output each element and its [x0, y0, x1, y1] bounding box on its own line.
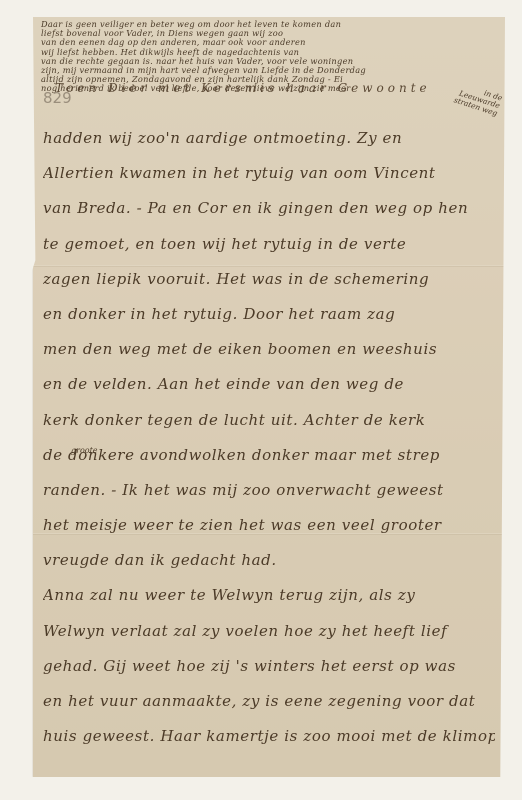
- body-line: Anna zal nu weer te Welwyn terug zijn, a…: [43, 578, 495, 613]
- letter-page: Daar is geen veiliger en beter weg om do…: [33, 17, 505, 777]
- body-line: Allertien kwamen in het rytuig van oom V…: [43, 156, 495, 191]
- archive-number: 829: [43, 89, 72, 107]
- body-line: huis geweest. Haar kamertje is zoo mooi …: [43, 719, 495, 754]
- body-line: Welwyn verlaat zal zy voelen hoe zy het …: [43, 614, 495, 649]
- body-line: hadden wij zoo'n aardige ontmoeting. Zy …: [43, 121, 495, 156]
- body-line: de donkere avondwolken donker maar met s…: [43, 438, 495, 473]
- top-margin-large-line: Toen Dier met Kersmis haar Gewoonte: [55, 81, 431, 95]
- body-line: het meisje weer te zien het was een veel…: [43, 508, 495, 543]
- body-line: te gemoet, en toen wij het rytuig in de …: [43, 227, 495, 262]
- body-line: vreugde dan ik gedacht had.: [43, 543, 495, 578]
- body-line: en het vuur aanmaakte, zy is eene zegeni…: [43, 684, 495, 719]
- body-line: randen. - Ik het was mij zoo onverwacht …: [43, 473, 495, 508]
- body-line: zagen liepik vooruit. Het was in de sche…: [43, 262, 495, 297]
- letter-body: hadden wij zoo'n aardige ontmoeting. Zy …: [43, 121, 495, 754]
- body-line: en donker in het rytuig. Door het raam z…: [43, 297, 495, 332]
- body-line: en de velden. Aan het einde van den weg …: [43, 367, 495, 402]
- body-line: men den weg met de eiken boomen en weesh…: [43, 332, 495, 367]
- body-line: kerk donker tegen de lucht uit. Achter d…: [43, 403, 495, 438]
- body-line: gehad. Gij weet hoe zij 's winters het e…: [43, 649, 495, 684]
- body-line: van Breda. - Pa en Cor en ik gingen den …: [43, 191, 495, 226]
